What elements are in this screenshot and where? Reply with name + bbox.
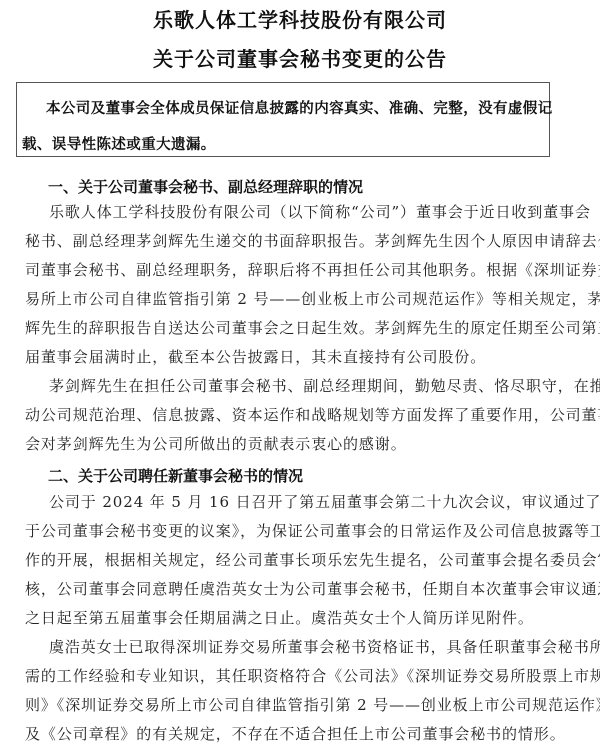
notice-statement: 本公司及董事会全体成员保证信息披露的内容真实、准确、完整，没有虚假记 载、误导性… — [22, 91, 582, 163]
text-line: 易所上市公司自律监管指引第 2 号——创业板上市公司规范运作》等相关规定，茅剑 — [25, 285, 581, 314]
text-line: 动公司规范治理、信息披露、资本运作和战略规划等方面发挥了重要作用，公司董事 — [25, 401, 581, 430]
paragraph-resignation: 乐歌人体工学科技股份有限公司（以下简称“公司”）董事会于近日收到董事会 秘书、副… — [25, 198, 581, 372]
text-line: 公司于 2024 年 5 月 16 日召开了第五届董事会第二十九次会议，审议通过… — [25, 488, 581, 517]
text-line: 茅剑辉先生在担任公司董事会秘书、副总经理期间，勤勉尽责、恪尽职守，在推 — [25, 372, 581, 401]
text-line: 会对茅剑辉先生为公司所做出的贡献表示衷心的感谢。 — [25, 430, 581, 459]
notice-line: 载、误导性陈述或重大遗漏。 — [22, 127, 582, 163]
text-line: 乐歌人体工学科技股份有限公司（以下简称“公司”）董事会于近日收到董事会 — [25, 198, 581, 227]
text-line: 辉先生的辞职报告自送达公司董事会之日起生效。茅剑辉先生的原定任期至公司第五 — [25, 314, 581, 343]
paragraph-gratitude: 茅剑辉先生在担任公司董事会秘书、副总经理期间，勤勉尽责、恪尽职守，在推 动公司规… — [25, 372, 581, 459]
notice-line: 本公司及董事会全体成员保证信息披露的内容真实、准确、完整，没有虚假记 — [22, 91, 582, 127]
text-line: 届董事会届满时止，截至本公告披露日，其未直接持有公司股份。 — [25, 343, 581, 372]
section-heading-1: 一、关于公司董事会秘书、副总经理辞职的情况 — [48, 176, 363, 197]
text-line: 则》《深圳证券交易所上市公司自律监管指引第 2 号——创业板上市公司规范运作》 — [25, 691, 581, 720]
text-line: 虞浩英女士已取得深圳证券交易所董事会秘书资格证书，具备任职董事会秘书所 — [25, 633, 581, 662]
text-line: 之日起至第五届董事会任期届满之日止。虞浩英女士个人简历详见附件。 — [25, 604, 581, 633]
text-line: 于公司董事会秘书变更的议案》，为保证公司董事会的日常运作及公司信息披露等工 — [25, 517, 581, 546]
paragraph-qualification: 虞浩英女士已取得深圳证券交易所董事会秘书资格证书，具备任职董事会秘书所 需的工作… — [25, 633, 581, 749]
company-name: 乐歌人体工学科技股份有限公司 — [0, 4, 600, 33]
text-line: 秘书、副总经理茅剑辉先生递交的书面辞职报告。茅剑辉先生因个人原因申请辞去公 — [25, 227, 581, 256]
text-line: 需的工作经验和专业知识，其任职资格符合《公司法》《深圳证券交易所股票上市规 — [25, 662, 581, 691]
text-line: 作的开展，根据相关规定，经公司董事长项乐宏先生提名，公司董事会提名委员会审 — [25, 546, 581, 575]
section-heading-2: 二、关于公司聘任新董事会秘书的情况 — [48, 465, 303, 486]
text-line: 及《公司章程》的有关规定，不存在不适合担任上市公司董事会秘书的情形。 — [25, 720, 581, 749]
paragraph-appointment: 公司于 2024 年 5 月 16 日召开了第五届董事会第二十九次会议，审议通过… — [25, 488, 581, 633]
text-line: 司董事会秘书、副总经理职务，辞职后将不再担任公司其他职务。根据《深圳证券交 — [25, 256, 581, 285]
announcement-title: 关于公司董事会秘书变更的公告 — [0, 43, 600, 72]
text-line: 核，公司董事会同意聘任虞浩英女士为公司董事会秘书，任期自本次董事会审议通过 — [25, 575, 581, 604]
